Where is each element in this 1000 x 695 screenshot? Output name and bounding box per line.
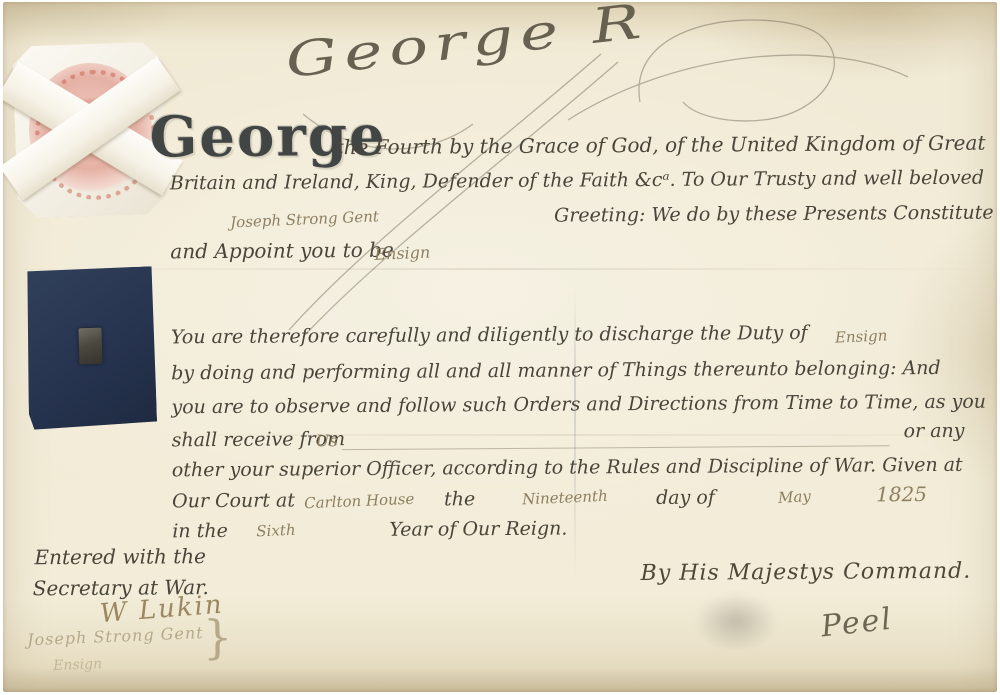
year-entry: 1825 bbox=[876, 482, 927, 506]
docket-name: Joseph Strong Gent bbox=[27, 623, 204, 649]
day-of-label: day of bbox=[656, 487, 715, 509]
reign-rest: Year of Our Reign. bbox=[389, 518, 567, 541]
body-line-1: You are therefore carefully and diligent… bbox=[171, 322, 808, 348]
the-label: the bbox=[444, 488, 475, 510]
court-entry: Carlton House bbox=[304, 490, 415, 513]
in-the-label: in the bbox=[172, 520, 228, 542]
command-signature: Peel bbox=[819, 602, 894, 645]
body-line-2: by doing and performing all and all mann… bbox=[171, 357, 941, 384]
or-any-text: or any bbox=[904, 420, 965, 442]
commission-document: George R George the Fourth by the Grace … bbox=[3, 2, 997, 692]
appoint-line: and Appoint you to be bbox=[170, 238, 394, 264]
command-line: By His Majestys Command. bbox=[641, 559, 972, 586]
recipient-name-entry: Joseph Strong Gent bbox=[230, 207, 379, 231]
royal-sign-manual: George R bbox=[283, 2, 650, 89]
docket-brace: } bbox=[203, 610, 233, 664]
court-label: Our Court at bbox=[172, 489, 295, 512]
heading-line-1: the Fourth by the Grace of God, of the U… bbox=[336, 131, 986, 160]
blank-rule bbox=[342, 445, 890, 450]
rank-entry: Ensign bbox=[374, 243, 431, 264]
docket-rank: Ensign bbox=[53, 656, 103, 674]
entered-line-1: Entered with the bbox=[34, 544, 206, 569]
greeting-line: Greeting: We do by these Presents Consti… bbox=[554, 202, 994, 227]
month-entry: May bbox=[778, 487, 812, 507]
body-line-5: other your superior Officer, according t… bbox=[172, 454, 963, 482]
duty-rank-entry: Ensign bbox=[835, 326, 888, 346]
day-entry: Nineteenth bbox=[522, 487, 608, 509]
body-line-3: you are to observe and follow such Order… bbox=[171, 391, 986, 419]
reign-year-entry: Sixth bbox=[256, 521, 296, 541]
heading-line-2: Britain and Ireland, King, Defender of t… bbox=[170, 167, 984, 195]
us-entry: Us bbox=[316, 431, 338, 450]
document-text: George R George the Fourth by the Grace … bbox=[3, 2, 997, 692]
